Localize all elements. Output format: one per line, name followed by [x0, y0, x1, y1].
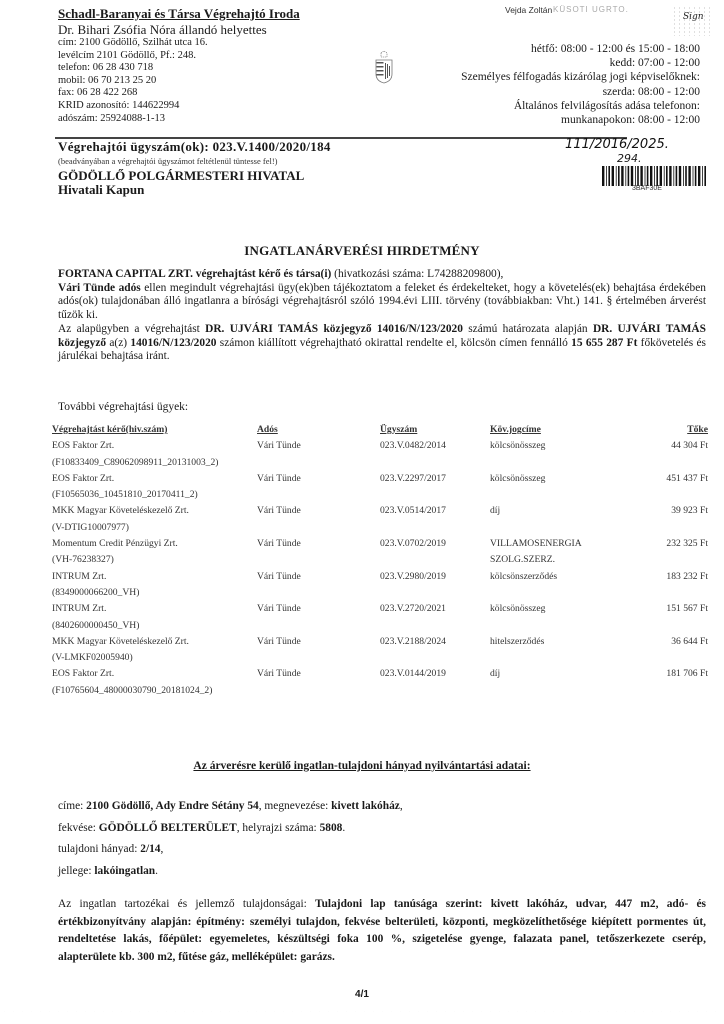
- claim-title-cell: kölcsönösszeg: [490, 440, 625, 456]
- principal-cell: 232 325 Ft: [625, 538, 708, 554]
- empty-cell: [257, 620, 380, 636]
- empty-cell: [380, 522, 490, 538]
- creditor-reference-cell: (F10565036_10451810_20170411_2): [52, 489, 257, 505]
- addressee-name: GÖDÖLLŐ POLGÁRMESTERI HIVATAL: [58, 169, 304, 183]
- document-title: INGATLANÁRVERÉSI HIRDETMÉNY: [0, 243, 724, 259]
- property-address-line: címe: 2100 Gödöllő, Ady Endre Sétány 54,…: [58, 796, 403, 818]
- notary-name: DR. UJVÁRI TAMÁS: [205, 323, 318, 335]
- designation-label: , megnevezése:: [259, 800, 331, 812]
- property-designation: kivett lakóház: [331, 800, 400, 812]
- empty-cell: [625, 685, 708, 701]
- debtor-name: Vári Tünde: [58, 282, 115, 294]
- basis-text-4: számon kiállított végrehajtható okiratta…: [216, 337, 571, 349]
- table-row-continuation: (V-DTIG10007977): [52, 522, 708, 538]
- principal-cell: 451 437 Ft: [625, 473, 708, 489]
- debtor-cell: Vári Tünde: [257, 473, 380, 489]
- empty-cell: [625, 554, 708, 570]
- empty-cell: [380, 554, 490, 570]
- creditor-reference-cell: (F10765604_48000030790_20181024_2): [52, 685, 257, 701]
- hours-phone-label: Általános felvilágosítás adása telefonon…: [461, 99, 700, 113]
- notary-decision: közjegyző 14016/N/123/2020: [318, 323, 463, 335]
- enforceable-document-number: 14016/N/123/2020: [130, 337, 216, 349]
- features-label: Az ingatlan tartozékai és jellemző tulaj…: [58, 898, 315, 910]
- creditor-role: végrehajtást kérő és társa(i): [193, 268, 331, 280]
- debtor-label: adós: [115, 282, 141, 294]
- claim-title-cell: kölcsönszerződés: [490, 571, 625, 587]
- table-row: EOS Faktor Zrt.Vári Tünde023.V.2297/2017…: [52, 473, 708, 489]
- hours-tuesday: kedd: 07:00 - 12:00: [461, 56, 700, 70]
- creditor-cell: INTRUM Zrt.: [52, 571, 257, 587]
- principal-cell: 181 706 Ft: [625, 668, 708, 684]
- claim-title-cell: kölcsönösszeg: [490, 473, 625, 489]
- creditor-reference-cell: (8402600000450_VH): [52, 620, 257, 636]
- creditor-reference-cell: (VH-76238327): [52, 554, 257, 570]
- empty-cell: [380, 652, 490, 668]
- case-number-cell: 023.V.0482/2014: [380, 440, 490, 456]
- creditor-cell: EOS Faktor Zrt.: [52, 668, 257, 684]
- empty-cell: [257, 457, 380, 473]
- stamp-name: Vejda Zoltán: [505, 5, 552, 15]
- case-number-block: Végrehajtói ügyszám(ok): 023.V.1400/2020…: [58, 139, 331, 166]
- contact-tax-number: adószám: 25924088-1-13: [58, 113, 300, 126]
- empty-cell: [380, 685, 490, 701]
- property-address: 2100 Gödöllő, Ady Endre Sétány 54: [86, 800, 259, 812]
- lot-label: , helyrajzi száma:: [237, 822, 320, 834]
- col-claim-title: Köv.jogcíme: [490, 424, 625, 440]
- barcode-code: 3BAF30E: [632, 185, 662, 192]
- hours-wednesday: szerda: 08:00 - 12:00: [461, 85, 700, 99]
- table-row: MKK Magyar Követeléskezelő Zrt.Vári Tünd…: [52, 505, 708, 521]
- handwritten-registration-number: 111/2016/2025.: [565, 138, 669, 151]
- table-row-continuation: (8402600000450_VH): [52, 620, 708, 636]
- contact-fax: fax: 06 28 422 268: [58, 87, 300, 100]
- stamp-faint-text: KÜSOTI UGRTO.: [553, 5, 629, 14]
- empty-cell: [625, 489, 708, 505]
- addressee-channel: Hivatali Kapun: [58, 183, 304, 197]
- contact-mail-address: levélcím 2101 Gödöllő, Pf.: 248.: [58, 50, 300, 63]
- barcode-icon: [602, 166, 706, 186]
- case-number: Végrehajtói ügyszám(ok): 023.V.1400/2020…: [58, 139, 331, 155]
- col-creditor: Végrehajtást kérő(hiv.szám): [52, 424, 257, 440]
- hours-workdays: munkanapokon: 08:00 - 12:00: [461, 113, 700, 127]
- signature: Sign: [683, 12, 704, 22]
- debtor-cell: Vári Tünde: [257, 603, 380, 619]
- claim-title-cont-cell: [490, 522, 625, 538]
- claim-title-cell: díj: [490, 668, 625, 684]
- creditor-reference: (hivatkozási száma: L74288209800),: [331, 268, 503, 280]
- empty-cell: [625, 457, 708, 473]
- empty-cell: [380, 489, 490, 505]
- table-row: EOS Faktor Zrt.Vári Tünde023.V.0482/2014…: [52, 440, 708, 456]
- creditor-cell: EOS Faktor Zrt.: [52, 473, 257, 489]
- page-number: 4/1: [0, 989, 724, 1000]
- empty-cell: [257, 685, 380, 701]
- other-cases-title: További végrehajtási ügyek:: [58, 401, 188, 413]
- contact-phone: telefon: 06 28 430 718: [58, 62, 300, 75]
- principal-cell: 39 923 Ft: [625, 505, 708, 521]
- creditor-reference-cell: (V-DTIG10007977): [52, 522, 257, 538]
- claim-title-cell: hitelszerződés: [490, 636, 625, 652]
- principal-amount: 15 655 287 Ft: [571, 337, 637, 349]
- claim-title-cont-cell: [490, 685, 625, 701]
- share-label: tulajdoni hányad:: [58, 843, 140, 855]
- handwritten-sub-number: 294.: [617, 152, 642, 165]
- basis-paragraph: Az alapügyben a végrehajtást DR. UJVÁRI …: [58, 323, 706, 364]
- contact-krid: KRID azonosító: 144622994: [58, 100, 300, 113]
- table-row-continuation: (VH-76238327)SZOLG.SZERZ.: [52, 554, 708, 570]
- principal-cell: 183 232 Ft: [625, 571, 708, 587]
- addressee: GÖDÖLLŐ POLGÁRMESTERI HIVATAL Hivatali K…: [58, 169, 304, 197]
- table-row-continuation: (F10833409_C89062098911_20131003_2): [52, 457, 708, 473]
- case-number-cell: 023.V.2297/2017: [380, 473, 490, 489]
- table-header-row: Végrehajtást kérő(hiv.szám) Adós Ügyszám…: [52, 424, 708, 440]
- empty-cell: [257, 489, 380, 505]
- property-lot-number: 5808: [320, 822, 343, 834]
- property-features-paragraph: Az ingatlan tartozékai és jellemző tulaj…: [58, 896, 706, 966]
- intro-paragraph: FORTANA CAPITAL ZRT. végrehajtást kérő é…: [58, 268, 706, 323]
- creditor-cell: INTRUM Zrt.: [52, 603, 257, 619]
- office-header: Schadl-Baranyai és Társa Végrehajtó Irod…: [58, 6, 300, 125]
- claim-title-cell: kölcsönösszeg: [490, 603, 625, 619]
- basis-text-2: számú határozata alapján: [463, 323, 593, 335]
- principal-cell: 44 304 Ft: [625, 440, 708, 456]
- contact-address: cím: 2100 Gödöllő, Szilhát utca 16.: [58, 37, 300, 50]
- empty-cell: [257, 587, 380, 603]
- empty-cell: [380, 587, 490, 603]
- col-case-number: Ügyszám: [380, 424, 490, 440]
- case-number-cell: 023.V.0514/2017: [380, 505, 490, 521]
- coat-of-arms-icon: [373, 50, 395, 84]
- principal-cell: 36 644 Ft: [625, 636, 708, 652]
- table-row: INTRUM Zrt.Vári Tünde023.V.2980/2019kölc…: [52, 571, 708, 587]
- creditor-cell: MKK Magyar Követeléskezelő Zrt.: [52, 505, 257, 521]
- empty-cell: [257, 652, 380, 668]
- case-number-cell: 023.V.0144/2019: [380, 668, 490, 684]
- creditor-reference-cell: (8349000066200_VH): [52, 587, 257, 603]
- principal-cell: 151 567 Ft: [625, 603, 708, 619]
- hours-personal-label: Személyes félfogadás kizárólag jogi képv…: [461, 70, 700, 84]
- location-label: fekvése:: [58, 822, 99, 834]
- table-row-continuation: (F10565036_10451810_20170411_2): [52, 489, 708, 505]
- debtor-cell: Vári Tünde: [257, 668, 380, 684]
- table-row: EOS Faktor Zrt.Vári Tünde023.V.0144/2019…: [52, 668, 708, 684]
- scan-footer-noise: [0, 1010, 724, 1013]
- case-number-note: (beadványában a végrehajtói ügyszámot fe…: [58, 156, 331, 166]
- debtor-cell: Vári Tünde: [257, 636, 380, 652]
- case-number-cell: 023.V.0702/2019: [380, 538, 490, 554]
- empty-cell: [625, 652, 708, 668]
- address-label: címe:: [58, 800, 86, 812]
- debtor-cell: Vári Tünde: [257, 440, 380, 456]
- basis-text-3: a(z): [106, 337, 130, 349]
- basis-text-1: Az alapügyben a végrehajtást: [58, 323, 205, 335]
- property-type: lakóingatlan: [94, 865, 155, 877]
- property-section-title: Az árverésre kerülő ingatlan-tulajdoni h…: [0, 760, 724, 772]
- claim-title-cont-cell: [490, 587, 625, 603]
- empty-cell: [257, 522, 380, 538]
- other-cases-table: Végrehajtást kérő(hiv.szám) Adós Ügyszám…: [52, 424, 708, 701]
- table-row-continuation: (F10765604_48000030790_20181024_2): [52, 685, 708, 701]
- creditor-cell: Momentum Credit Pénzügyi Zrt.: [52, 538, 257, 554]
- col-debtor: Adós: [257, 424, 380, 440]
- table-row: INTRUM Zrt.Vári Tünde023.V.2720/2021kölc…: [52, 603, 708, 619]
- claim-title-cont-cell: SZOLG.SZERZ.: [490, 554, 625, 570]
- property-share-line: tulajdoni hányad: 2/14,: [58, 839, 403, 861]
- property-type-line: jellege: lakóingatlan.: [58, 861, 403, 883]
- property-location: GÖDÖLLŐ BELTERÜLET: [99, 822, 237, 834]
- creditor-reference-cell: (V-LMKF02005940): [52, 652, 257, 668]
- empty-cell: [625, 522, 708, 538]
- office-hours: hétfő: 08:00 - 12:00 és 15:00 - 18:00 ke…: [461, 42, 700, 127]
- intro-text: ellen megindult végrehajtási ügy(ek)ben …: [58, 282, 706, 321]
- claim-title-cont-cell: [490, 620, 625, 636]
- debtor-cell: Vári Tünde: [257, 538, 380, 554]
- table-row: Momentum Credit Pénzügyi Zrt.Vári Tünde0…: [52, 538, 708, 554]
- claim-title-cont-cell: [490, 489, 625, 505]
- claim-title-cont-cell: [490, 457, 625, 473]
- table-row-continuation: (8349000066200_VH): [52, 587, 708, 603]
- creditor-name: FORTANA CAPITAL ZRT.: [58, 268, 193, 280]
- claim-title-cell: díj: [490, 505, 625, 521]
- contact-mobile: mobil: 06 70 213 25 20: [58, 75, 300, 88]
- office-name: Schadl-Baranyai és Társa Végrehajtó Irod…: [58, 6, 300, 22]
- empty-cell: [257, 554, 380, 570]
- case-number-cell: 023.V.2720/2021: [380, 603, 490, 619]
- creditor-cell: MKK Magyar Követeléskezelő Zrt.: [52, 636, 257, 652]
- table-row-continuation: (V-LMKF02005940): [52, 652, 708, 668]
- table-row: MKK Magyar Követeléskezelő Zrt.Vári Tünd…: [52, 636, 708, 652]
- case-number-cell: 023.V.2188/2024: [380, 636, 490, 652]
- empty-cell: [380, 620, 490, 636]
- type-label: jellege:: [58, 865, 94, 877]
- creditor-cell: EOS Faktor Zrt.: [52, 440, 257, 456]
- empty-cell: [625, 587, 708, 603]
- empty-cell: [625, 620, 708, 636]
- property-details: címe: 2100 Gödöllő, Ady Endre Sétány 54,…: [58, 796, 403, 882]
- hours-monday: hétfő: 08:00 - 12:00 és 15:00 - 18:00: [461, 42, 700, 56]
- property-share: 2/14: [140, 843, 160, 855]
- empty-cell: [380, 457, 490, 473]
- col-principal: Tőke: [625, 424, 708, 440]
- deputy-name: Dr. Bihari Zsófia Nóra állandó helyettes: [58, 22, 300, 37]
- creditor-reference-cell: (F10833409_C89062098911_20131003_2): [52, 457, 257, 473]
- debtor-cell: Vári Tünde: [257, 505, 380, 521]
- claim-title-cont-cell: [490, 652, 625, 668]
- claim-title-cell: VILLAMOSENERGIA: [490, 538, 625, 554]
- case-number-cell: 023.V.2980/2019: [380, 571, 490, 587]
- property-location-line: fekvése: GÖDÖLLŐ BELTERÜLET, helyrajzi s…: [58, 818, 403, 840]
- debtor-cell: Vári Tünde: [257, 571, 380, 587]
